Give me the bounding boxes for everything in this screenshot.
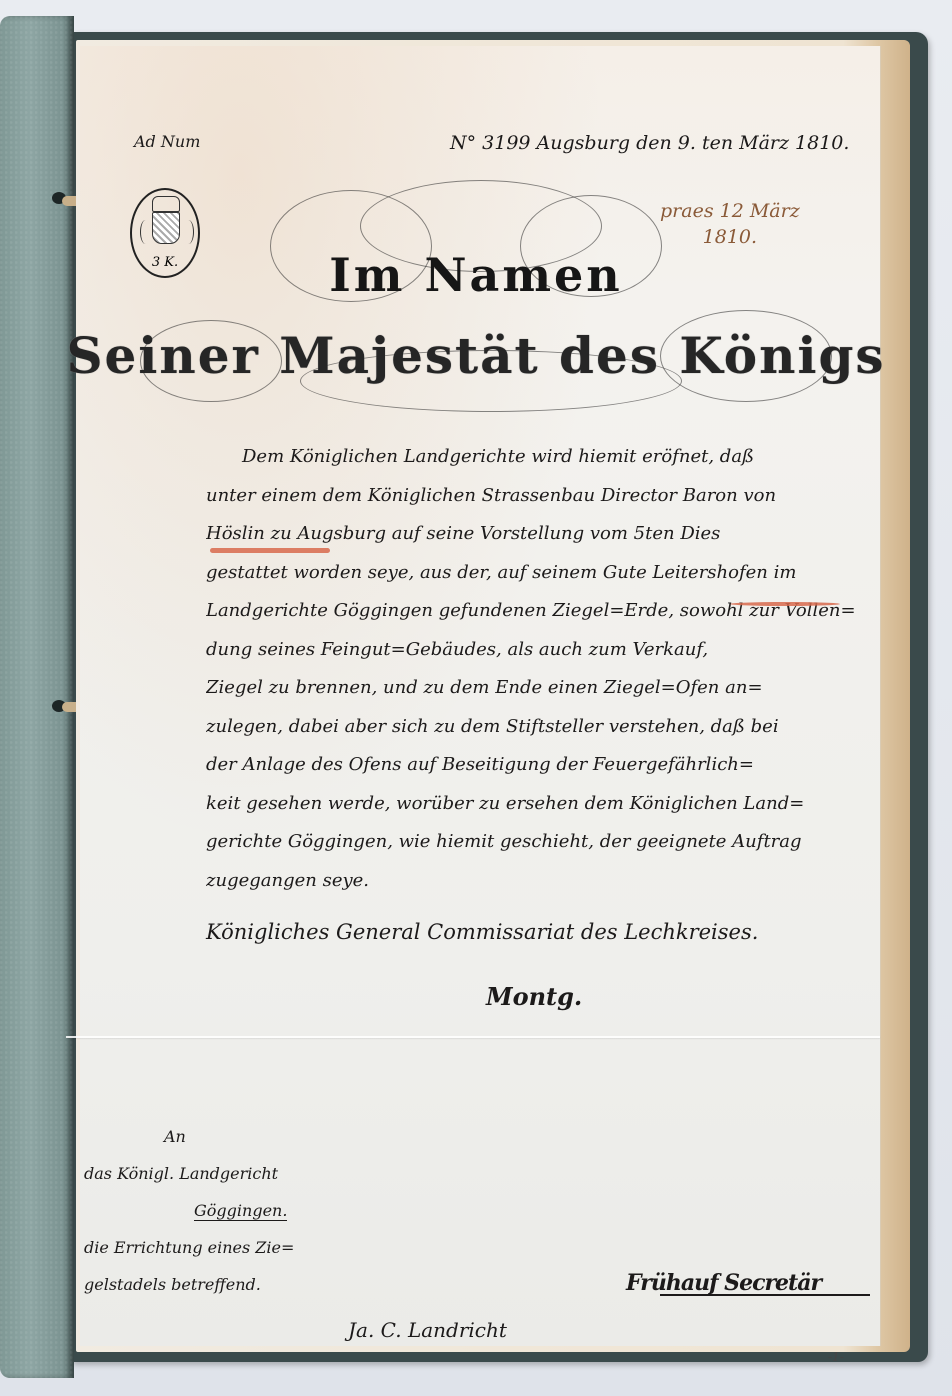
red-pencil-wavy-underline (730, 602, 840, 606)
body-line: zugegangen seye. (206, 862, 870, 901)
bavarian-coat-of-arms-icon (152, 212, 180, 244)
laurel-branch-icon (183, 220, 194, 244)
address-an: An (84, 1118, 294, 1155)
closing-authority: Königliches General Commissariat des Lec… (206, 920, 758, 944)
received-note: praes 12 März 1810. (660, 198, 800, 250)
address-place: Göggingen. (194, 1201, 287, 1221)
received-note-line: praes 12 März (660, 198, 800, 224)
address-subject-line2: gelstadels betreffend. (84, 1266, 294, 1303)
crown-icon (152, 196, 180, 212)
signature-montgelas: Montg. (486, 982, 582, 1011)
header-ad-num: Ad Num (134, 132, 200, 151)
signature-flourish-line (660, 1294, 870, 1296)
body-line: der Anlage des Ofens auf Beseitigung der… (206, 746, 870, 785)
body-line: Ziegel zu brennen, und zu dem Ende einen… (206, 669, 870, 708)
signature-bottom-left: Ja. C. Landricht (348, 1318, 507, 1342)
address-block: An das Königl. Landgericht Göggingen. di… (84, 1118, 294, 1303)
body-line: zulegen, dabei aber sich zu dem Stiftste… (206, 708, 870, 747)
decree-body: Dem Königlichen Landgerichte wird hiemit… (206, 438, 870, 900)
body-line: Dem Königlichen Landgerichte wird hiemit… (206, 438, 870, 477)
title-seiner-majestaet: Seiner Majestät des Königs (0, 326, 952, 385)
laurel-branch-icon (140, 220, 151, 244)
signature-secretary: Frühauf Secretär (626, 1270, 821, 1296)
body-line: unter einem dem Königlichen Strassenbau … (206, 477, 870, 516)
red-pencil-underline (210, 548, 330, 553)
body-line: keit gesehen werde, worüber zu ersehen d… (206, 785, 870, 824)
page-number: -1- (828, 1350, 844, 1364)
body-line: gestattet worden seye, aus der, auf sein… (206, 554, 870, 593)
address-subject-line1: die Errichtung eines Zie= (84, 1229, 294, 1266)
body-line: Landgerichte Göggingen gefundenen Ziegel… (206, 592, 870, 631)
title-im-namen: Im Namen (0, 248, 952, 302)
folder-cover-left-flap (0, 16, 74, 1378)
address-recipient: das Königl. Landgericht (84, 1155, 294, 1192)
body-line: dung seines Feingut=Gebäudes, als auch z… (206, 631, 870, 670)
header-number-date: N° 3199 Augsburg den 9. ten März 1810. (450, 132, 849, 154)
page-fold-line (66, 1036, 880, 1038)
body-line: gerichte Göggingen, wie hiemit geschieht… (206, 823, 870, 862)
received-note-year: 1810. (660, 224, 800, 250)
